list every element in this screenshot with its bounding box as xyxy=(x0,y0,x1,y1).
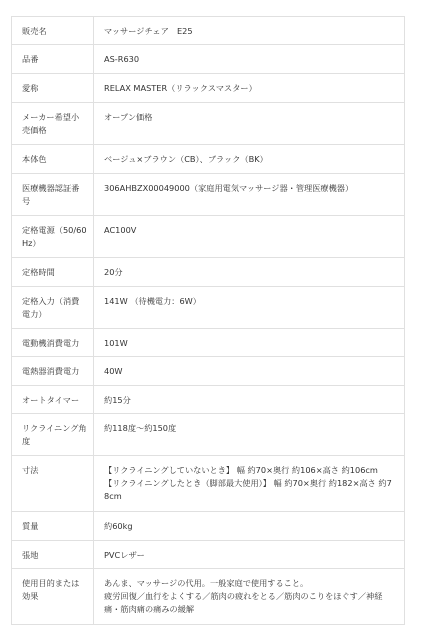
spec-value-line: 40W xyxy=(104,365,396,378)
spec-row: 定格入力（消費電力） 141W （待機電力：6W） xyxy=(12,287,405,329)
spec-value: 40W xyxy=(94,357,405,386)
spec-value-line: 約118度～約150度 xyxy=(104,422,396,435)
spec-row: 質量 約60kg xyxy=(12,512,405,541)
spec-value-line: AC100V xyxy=(104,224,396,237)
spec-row: 品番 AS-R630 xyxy=(12,45,405,74)
spec-row: 寸法 【リクライニングしていないとき】 幅 約70×奥行 約106×高さ 約10… xyxy=(12,456,405,512)
spec-label: 販売名 xyxy=(12,17,94,45)
spec-row: 電動機消費電力 101W xyxy=(12,329,405,357)
spec-value-line: あんま、マッサージの代用。一般家庭で使用すること。 xyxy=(104,577,396,590)
spec-value-line: 【リクライニングしていないとき】 幅 約70×奥行 約106×高さ 約106cm xyxy=(104,464,396,477)
spec-label: 質量 xyxy=(12,512,94,541)
spec-value-line: 疲労回復／血行をよくする／筋肉の疲れをとる／筋肉のこりをほぐす／神経痛・筋肉痛の… xyxy=(104,590,396,616)
spec-label: 医療機器認証番号 xyxy=(12,174,94,216)
spec-label: 定格時間 xyxy=(12,258,94,287)
spec-value: 約60kg xyxy=(94,512,405,541)
spec-label: 愛称 xyxy=(12,74,94,103)
spec-row: 張地 PVCレザー xyxy=(12,541,405,569)
spec-row: 使用目的または効果 あんま、マッサージの代用。一般家庭で使用すること。疲労回復／… xyxy=(12,569,405,625)
spec-label: 定格電源（50/60Hz） xyxy=(12,216,94,258)
spec-value-line: 約60kg xyxy=(104,520,396,533)
spec-value: マッサージチェア E25 xyxy=(94,17,405,45)
spec-label: 寸法 xyxy=(12,456,94,512)
spec-value-line: マッサージチェア E25 xyxy=(104,25,396,38)
spec-row: オートタイマー 約15分 xyxy=(12,386,405,414)
spec-label: 電動機消費電力 xyxy=(12,329,94,357)
spec-row: 愛称 RELAX MASTER（リラックスマスター） xyxy=(12,74,405,103)
spec-row: 販売名 マッサージチェア E25 xyxy=(12,17,405,45)
spec-row: 本体色 ベージュ×ブラウン（CB）、ブラック（BK） xyxy=(12,145,405,174)
spec-value-line: PVCレザー xyxy=(104,549,396,562)
spec-value: あんま、マッサージの代用。一般家庭で使用すること。疲労回復／血行をよくする／筋肉… xyxy=(94,569,405,625)
spec-row: 定格電源（50/60Hz） AC100V xyxy=(12,216,405,258)
spec-row: 医療機器認証番号 306AHBZX00049000（家庭用電気マッサージ器・管理… xyxy=(12,174,405,216)
spec-value: 101W xyxy=(94,329,405,357)
spec-value-line: AS-R630 xyxy=(104,53,396,66)
spec-value: RELAX MASTER（リラックスマスター） xyxy=(94,74,405,103)
spec-value-line: ベージュ×ブラウン（CB）、ブラック（BK） xyxy=(104,153,396,166)
spec-value-line: 141W （待機電力：6W） xyxy=(104,295,396,308)
spec-label: 本体色 xyxy=(12,145,94,174)
spec-table-body: 販売名 マッサージチェア E25 品番 AS-R630 愛称 RELAX MAS… xyxy=(12,17,405,625)
spec-label: 使用目的または効果 xyxy=(12,569,94,625)
spec-row: 電熱器消費電力 40W xyxy=(12,357,405,386)
spec-label: リクライニング角度 xyxy=(12,414,94,456)
spec-label: 電熱器消費電力 xyxy=(12,357,94,386)
spec-value: PVCレザー xyxy=(94,541,405,569)
spec-value: 141W （待機電力：6W） xyxy=(94,287,405,329)
spec-value: ベージュ×ブラウン（CB）、ブラック（BK） xyxy=(94,145,405,174)
spec-value: 20分 xyxy=(94,258,405,287)
spec-label: メーカー希望小売価格 xyxy=(12,103,94,145)
spec-value-line: オープン価格 xyxy=(104,111,396,124)
spec-value-line: 20分 xyxy=(104,266,396,279)
spec-value: 【リクライニングしていないとき】 幅 約70×奥行 約106×高さ 約106cm… xyxy=(94,456,405,512)
spec-value-line: 【リクライニングしたとき（脚部最大使用）】 幅 約70×奥行 約182×高さ 約… xyxy=(104,477,396,503)
spec-value: 306AHBZX00049000（家庭用電気マッサージ器・管理医療機器） xyxy=(94,174,405,216)
spec-value: 約118度～約150度 xyxy=(94,414,405,456)
spec-value-line: 101W xyxy=(104,337,396,350)
spec-table: 販売名 マッサージチェア E25 品番 AS-R630 愛称 RELAX MAS… xyxy=(11,16,405,625)
spec-label: 品番 xyxy=(12,45,94,74)
spec-row: 定格時間 20分 xyxy=(12,258,405,287)
spec-value-line: 306AHBZX00049000（家庭用電気マッサージ器・管理医療機器） xyxy=(104,182,396,195)
spec-value: 約15分 xyxy=(94,386,405,414)
spec-value: AC100V xyxy=(94,216,405,258)
spec-value: AS-R630 xyxy=(94,45,405,74)
spec-row: リクライニング角度 約118度～約150度 xyxy=(12,414,405,456)
spec-row: メーカー希望小売価格 オープン価格 xyxy=(12,103,405,145)
spec-label: 定格入力（消費電力） xyxy=(12,287,94,329)
spec-value-line: RELAX MASTER（リラックスマスター） xyxy=(104,82,396,95)
spec-value: オープン価格 xyxy=(94,103,405,145)
spec-label: オートタイマー xyxy=(12,386,94,414)
spec-label: 張地 xyxy=(12,541,94,569)
spec-value-line: 約15分 xyxy=(104,394,396,407)
